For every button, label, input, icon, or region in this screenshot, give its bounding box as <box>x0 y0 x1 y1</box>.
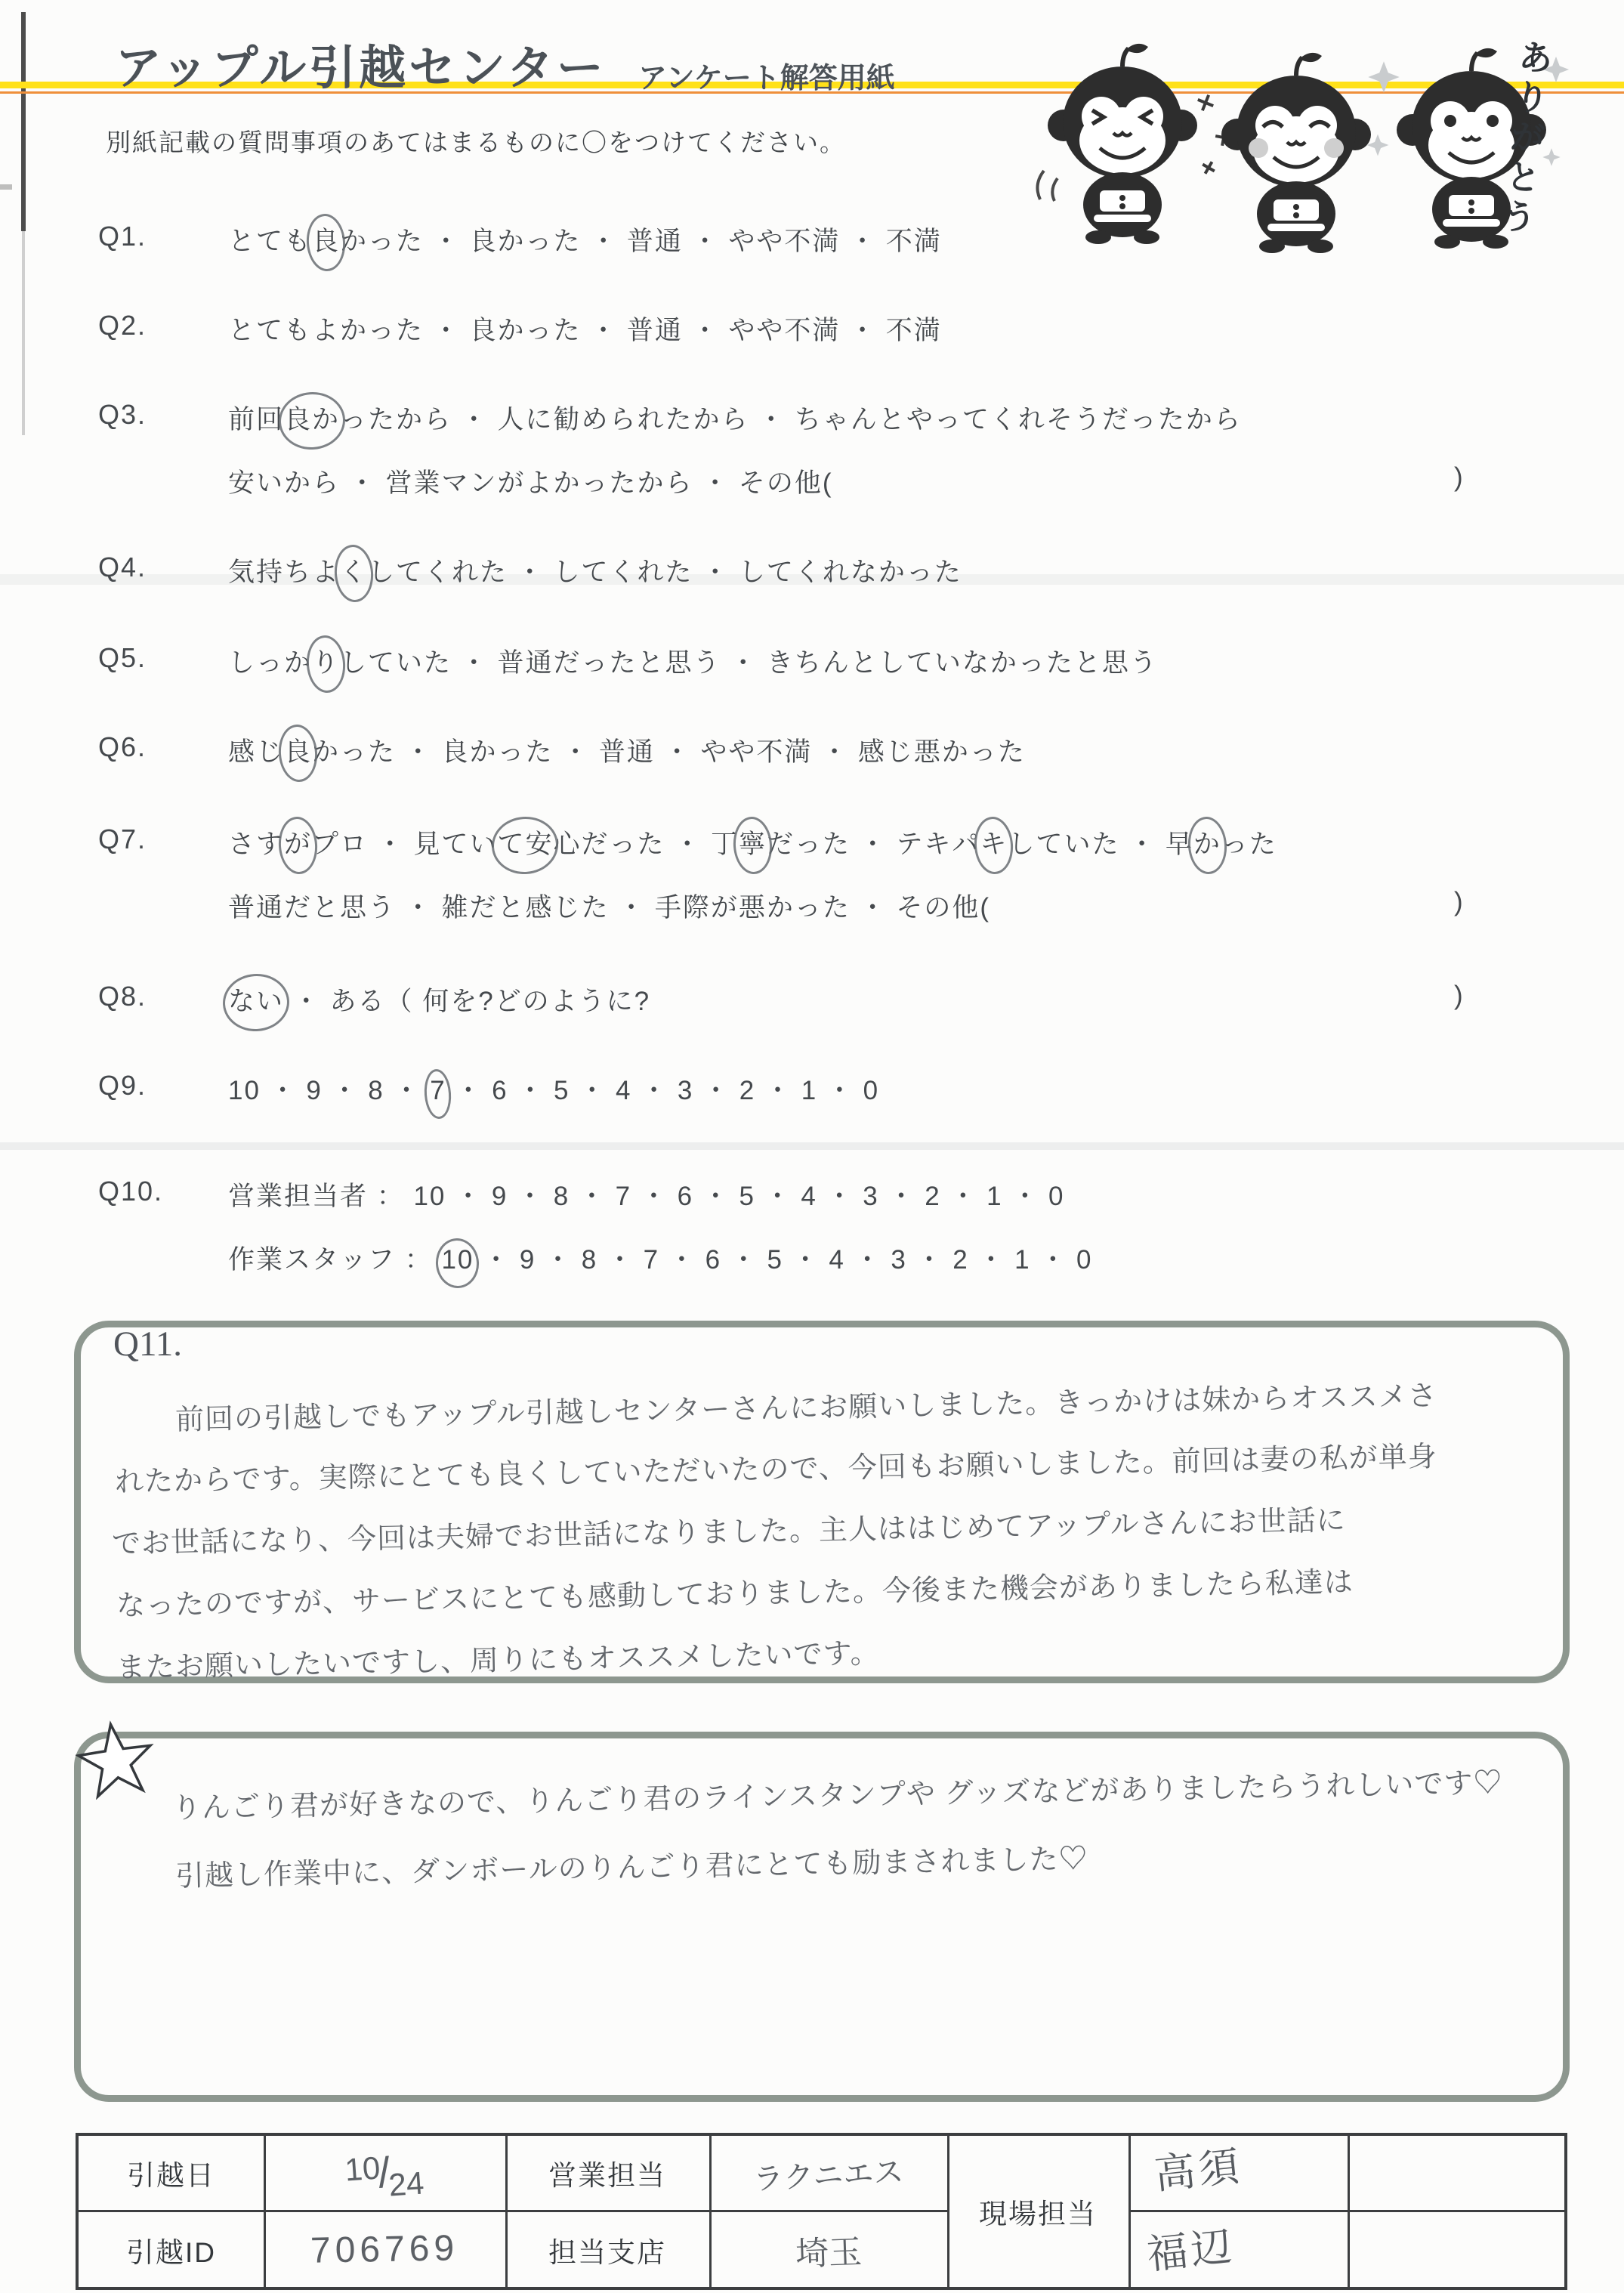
option-text: プロ ・ 見てい <box>312 830 497 859</box>
sales-rep-label: 営業担当 <box>548 2152 666 2193</box>
option-text: ったから ・ 人に勧められたから ・ ちゃんとやってくれそうだったから <box>340 405 1242 434</box>
handwritten-circle-mark: く <box>340 552 368 589</box>
question-label: Q1. <box>98 221 147 252</box>
closing-paren: ) <box>1454 887 1465 917</box>
question-label: Q10. <box>98 1176 163 1207</box>
company-title: アップル引越センター <box>115 30 607 97</box>
option-text: ・ ある（ 何を?どのように? <box>284 987 650 1016</box>
question-options: とても良かった ・ 良かった ・ 普通 ・ やや不満 ・ 不満 <box>228 221 942 258</box>
site-crew-name: 福辺 <box>1144 2214 1237 2281</box>
sparkle-diamond-icon <box>1368 61 1399 92</box>
option-text: 感じ <box>228 737 284 767</box>
move-date-value: 10/24 <box>344 2146 425 2200</box>
handwritten-circle-mark: が <box>284 824 312 861</box>
handwritten-circle-mark: 7 <box>430 1076 446 1106</box>
option-text: 10 ・ 9 ・ 8 ・ <box>228 1076 430 1105</box>
option-text: 作業スタッフ ： <box>228 1245 441 1275</box>
question-options: 10 ・ 9 ・ 8 ・ 7 ・ 6 ・ 5 ・ 4 ・ 3 ・ 2 ・ 1 ・… <box>228 1070 879 1108</box>
instruction-text: 別紙記載の質問事項のあてはまるものに〇をつけてください。 <box>106 123 846 159</box>
question-options: 普通だと思う ・ 雑だと感じた ・ 手際が悪かった ・ その他( <box>228 887 990 925</box>
option-text: 前回 <box>228 405 284 434</box>
option-text: しっか <box>228 648 312 678</box>
handwritten-circle-mark: 寧 <box>739 824 767 861</box>
option-text: 心だった ・ 丁 <box>554 830 739 859</box>
option-text: していた ・ 早 <box>1008 830 1193 859</box>
scan-artifact-line <box>21 12 26 231</box>
handwritten-circle-mark: キ <box>980 824 1008 861</box>
branch-value: 埼玉 <box>794 2224 862 2275</box>
scan-artifact-mark <box>0 184 12 190</box>
move-id-value: 706769 <box>310 2227 458 2271</box>
handwritten-circle-mark: 良か <box>284 399 340 437</box>
question-options: さすがプロ ・ 見ていて安心だった ・ 丁寧だった ・ テキパキしていた ・ 早… <box>228 824 1277 861</box>
question-options: 前回良かったから ・ 人に勧められたから ・ ちゃんとやってくれそうだったから <box>228 399 1242 437</box>
option-text: とてもよかった ・ 良かった ・ 普通 ・ やや不満 ・ 不満 <box>228 316 942 345</box>
option-text: だった ・ テキパ <box>767 830 980 859</box>
motion-lines-icon <box>1037 171 1057 201</box>
site-crew-label: 現場担当 <box>979 2191 1097 2232</box>
question-options: 気持ちよくしてくれた ・ してくれた ・ してくれなかった <box>228 552 962 589</box>
handwritten-circle-mark: か <box>1193 824 1221 861</box>
handwritten-circle-mark: り <box>312 642 340 680</box>
handwritten-circle-mark: 良 <box>284 731 312 769</box>
site-crew-name: 高須 <box>1151 2134 1244 2201</box>
question-options: 作業スタッフ ： 10 ・ 9 ・ 8 ・ 7 ・ 6 ・ 5 ・ 4 ・ 3 … <box>228 1239 1093 1277</box>
monkey-mascots-svg <box>1033 30 1570 253</box>
move-id-label: 引越ID <box>126 2230 216 2270</box>
option-text: 普通だと思う ・ 雑だと感じた ・ 手際が悪かった ・ その他( <box>228 893 990 922</box>
move-date-label: 引越日 <box>127 2152 215 2193</box>
question-label: Q3. <box>98 399 147 431</box>
monkey-mascot-1 <box>1048 44 1197 244</box>
option-text: していた ・ 普通だったと思う ・ きちんとしていなかったと思う <box>340 648 1158 678</box>
monkey-mascots-illustration <box>1033 30 1570 253</box>
handwritten-circle-mark: ない <box>228 981 284 1018</box>
question-label: Q2. <box>98 310 147 341</box>
q11-label: Q11. <box>113 1324 182 1364</box>
option-text: とても <box>228 227 312 256</box>
handwritten-circle-mark: て安 <box>497 824 553 861</box>
question-options: 安いから ・ 営業マンがよかったから ・ その他( <box>228 462 833 500</box>
table-border <box>1128 2210 1564 2212</box>
question-options: とてもよかった ・ 良かった ・ 普通 ・ やや不満 ・ 不満 <box>228 310 942 348</box>
option-text: かった ・ 良かった ・ 普通 ・ やや不満 ・ 不満 <box>340 227 942 256</box>
option-text: った <box>1221 830 1277 859</box>
question-label: Q6. <box>98 731 147 763</box>
option-text: ・ 9 ・ 8 ・ 7 ・ 6 ・ 5 ・ 4 ・ 3 ・ 2 ・ 1 ・ 0 <box>474 1245 1092 1275</box>
monkey-mascot-2 <box>1221 53 1371 253</box>
branch-label: 担当支店 <box>548 2230 666 2270</box>
option-text: 営業担当者 ： 10 ・ 9 ・ 8 ・ 7 ・ 6 ・ 5 ・ 4 ・ 3 ・… <box>228 1182 1065 1211</box>
question-label: Q8. <box>98 981 147 1012</box>
handwritten-circle-mark: 10 <box>441 1245 474 1275</box>
question-label: Q7. <box>98 824 147 855</box>
closing-paren: ) <box>1454 462 1465 493</box>
closing-paren: ) <box>1454 981 1465 1011</box>
question-options: 営業担当者 ： 10 ・ 9 ・ 8 ・ 7 ・ 6 ・ 5 ・ 4 ・ 3 ・… <box>228 1176 1065 1213</box>
option-text: さす <box>228 830 284 859</box>
question-options: 感じ良かった ・ 良かった ・ 普通 ・ やや不満 ・ 感じ悪かった <box>228 731 1026 769</box>
scan-artifact-band <box>0 1142 1624 1150</box>
option-text: してくれた ・ してくれた ・ してくれなかった <box>368 558 962 587</box>
option-text: 気持ちよ <box>228 558 340 587</box>
star-icon <box>76 1720 156 1800</box>
question-options: ない ・ ある（ 何を?どのように? <box>228 981 650 1018</box>
handwritten-circle-mark: 良 <box>312 221 340 258</box>
question-label: Q5. <box>98 642 147 674</box>
option-text: ・ 6 ・ 5 ・ 4 ・ 3 ・ 2 ・ 1 ・ 0 <box>446 1076 879 1105</box>
sheet-subtitle: アンケート解答用紙 <box>638 54 895 96</box>
sales-rep-value: ラクニエス <box>752 2147 905 2198</box>
question-options: しっかりしていた ・ 普通だったと思う ・ きちんとしていなかったと思う <box>228 642 1158 680</box>
option-text: かった ・ 良かった ・ 普通 ・ やや不満 ・ 感じ悪かった <box>312 737 1026 767</box>
scan-artifact-line <box>22 231 25 435</box>
option-text: 安いから ・ 営業マンがよかったから ・ その他( <box>228 468 833 498</box>
question-label: Q4. <box>98 552 147 583</box>
survey-sheet-scan: アップル引越センター アンケート解答用紙 別紙記載の質問事項のあてはまるものに〇… <box>0 0 1624 2293</box>
footer-info-table: 引越日 10/24 引越ID 706769 営業担当 ラクニエス 担当支店 埼玉… <box>76 2133 1567 2290</box>
question-label: Q9. <box>98 1070 147 1102</box>
